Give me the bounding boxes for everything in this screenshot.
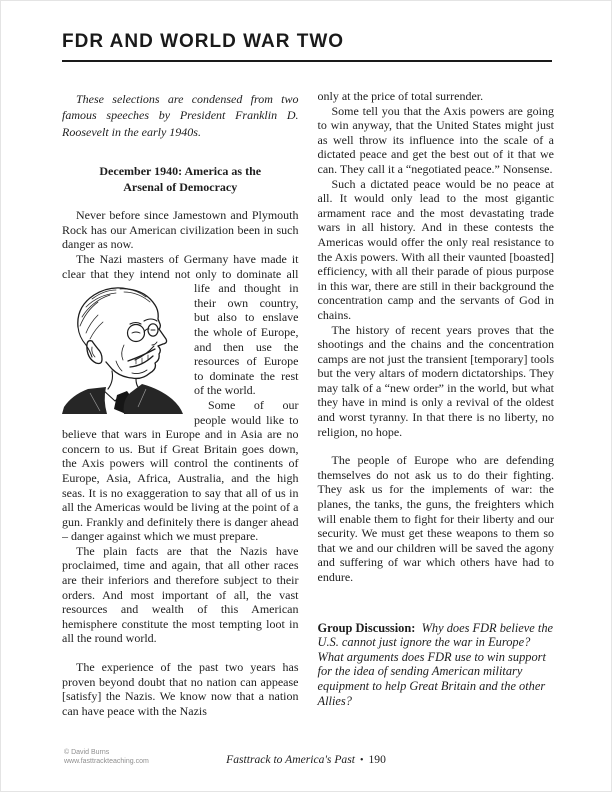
- group-discussion-label: Group Discussion:: [318, 621, 416, 635]
- intro-note: These selections are condensed from two …: [62, 91, 299, 140]
- paragraph-total-surrender: only at the price of total surrender.: [318, 89, 555, 104]
- paragraph-experience: The experience of the past two years has…: [62, 660, 299, 718]
- left-column: These selections are condensed from two …: [62, 89, 299, 757]
- paragraph-some-tell-you: Some tell you that the Axis powers are g…: [318, 104, 555, 177]
- title-rule: [62, 60, 552, 62]
- page-title: FDR AND WORLD WAR TWO: [62, 31, 552, 53]
- document-page: FDR AND WORLD WAR TWO These selections a…: [0, 0, 612, 792]
- footer-book-title: Fasttrack to America's Past: [226, 753, 355, 766]
- right-column: only at the price of total surrender. So…: [318, 89, 555, 757]
- paragraph-dictated-peace: Such a dictated peace would be no peace …: [318, 177, 555, 323]
- paragraph-people-of-europe: The people of Europe who are defending t…: [318, 453, 555, 584]
- section-heading: December 1940: America as the Arsenal of…: [80, 164, 280, 195]
- fdr-portrait-illustration: [62, 283, 186, 415]
- footer-page-number: 190: [368, 753, 385, 766]
- paragraph-some-of-our-people: Some of our people would like to believe…: [62, 398, 299, 544]
- paragraph-history-recent-years: The history of recent years proves that …: [318, 323, 555, 440]
- paragraph-never-before: Never before since Jamestown and Plymout…: [62, 208, 299, 252]
- paragraph-plain-facts: The plain facts are that the Nazis have …: [62, 544, 299, 646]
- two-column-layout: These selections are condensed from two …: [62, 89, 554, 757]
- paragraph-text: all life and thought in their own countr…: [194, 267, 299, 398]
- group-discussion: Group Discussion: Why does FDR believe t…: [318, 621, 555, 709]
- page-header: FDR AND WORLD WAR TWO: [62, 31, 552, 62]
- paragraph-text: The Nazi masters of Germany have made it…: [62, 252, 299, 281]
- paragraph-nazi-masters: The Nazi masters of Germany have made it…: [62, 252, 299, 398]
- footer-bullet-icon: •: [360, 755, 364, 766]
- page-footer: Fasttrack to America's Past•190: [1, 753, 611, 766]
